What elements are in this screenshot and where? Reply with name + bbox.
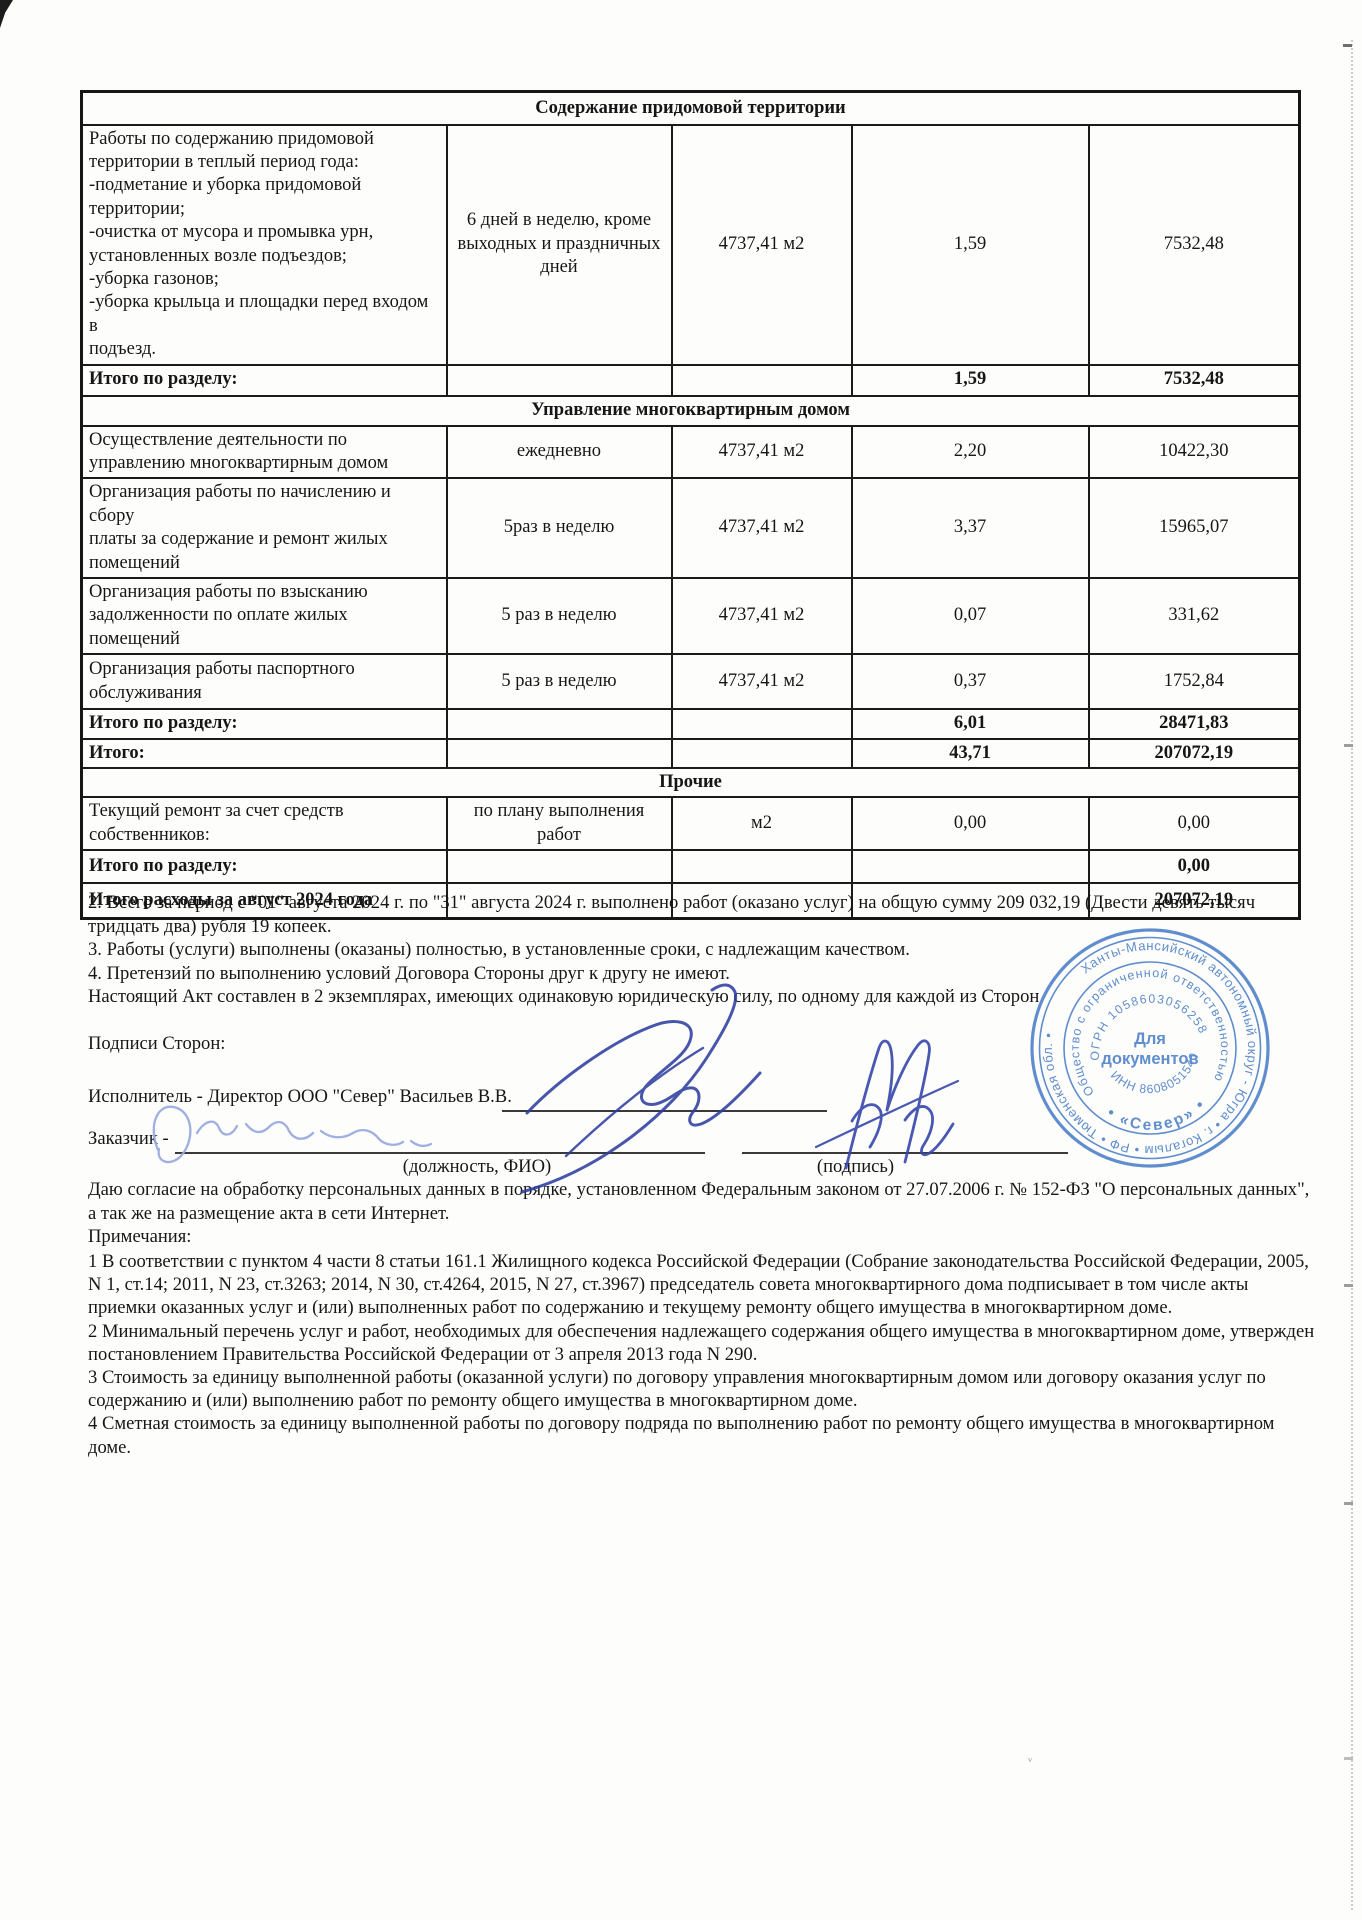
- cell-amount: 28471,83: [1089, 709, 1300, 738]
- caption-signature-label: (подпись): [783, 1156, 928, 1178]
- total-label: Итого:: [82, 739, 447, 768]
- executor-label: Исполнитель - Директор ООО "Север" Васил…: [88, 1086, 788, 1108]
- cell-description: Работы по содержанию придомовой территор…: [82, 125, 447, 365]
- cell-area: 4737,41 м2: [672, 426, 852, 479]
- cell-empty: [672, 365, 852, 396]
- cell-empty: [447, 739, 672, 768]
- consent-paragraph: Даю согласие на обработку персональных д…: [88, 1178, 1338, 1225]
- scan-tick: [1344, 1284, 1353, 1287]
- company-stamp: Ханты-Мансийский автономный округ - Югра…: [1025, 923, 1275, 1173]
- table-section-header: Содержание придомовой территории: [82, 92, 1300, 125]
- cell-amount: 0,00: [1089, 797, 1300, 850]
- table-row: Текущий ремонт за счет средств собственн…: [82, 797, 1300, 850]
- cell-description: Организация работы паспортного обслужива…: [82, 654, 447, 709]
- cell-empty: [672, 709, 852, 738]
- cell-amount: 207072,19: [1089, 739, 1300, 768]
- scan-corner-mark: [0, 0, 13, 28]
- cell-periodicity: 5 раз в неделю: [447, 578, 672, 654]
- cell-empty: [672, 850, 852, 883]
- customer-signature-line: [742, 1152, 1068, 1154]
- subtotal-label: Итого по разделу:: [82, 365, 447, 396]
- cell-price: 0,37: [852, 654, 1089, 709]
- cell-amount: 1752,84: [1089, 654, 1300, 709]
- cell-description: Текущий ремонт за счет средств собственн…: [82, 797, 447, 850]
- cell-periodicity: 5 раз в неделю: [447, 654, 672, 709]
- cell-price: 6,01: [852, 709, 1089, 738]
- cell-description: Организация работы по начислению и сбору…: [82, 478, 447, 578]
- cell-empty: [672, 739, 852, 768]
- cell-description: Осуществление деятельности по управлению…: [82, 426, 447, 479]
- customer-signature: [816, 1041, 958, 1168]
- section1-title: Содержание придомовой территории: [82, 92, 1300, 125]
- cell-amount: 10422,30: [1089, 426, 1300, 479]
- cell-empty: [447, 709, 672, 738]
- scan-tick: [1344, 1502, 1353, 1505]
- caption-position-label: (должность, ФИО): [372, 1156, 582, 1178]
- subtotal-row: Итого по разделу: 6,01 28471,83: [82, 709, 1300, 738]
- customer-name-line: [175, 1152, 705, 1154]
- table-row: Организация работы по начислению и сбору…: [82, 478, 1300, 578]
- cell-price: 0,00: [852, 797, 1089, 850]
- table-section-header: Управление многоквартирным домом: [82, 396, 1300, 426]
- cell-area: 4737,41 м2: [672, 578, 852, 654]
- cell-periodicity: 5раз в неделю: [447, 478, 672, 578]
- scan-tick: [1344, 744, 1353, 747]
- table-row: Организация работы по взысканию задолжен…: [82, 578, 1300, 654]
- scan-smudge: ᵥ: [1028, 1750, 1032, 1766]
- notes-paragraph: 1 В соответствии с пунктом 4 части 8 ста…: [88, 1250, 1338, 1459]
- subtotal-row: Итого по разделу: 0,00: [82, 850, 1300, 883]
- cell-periodicity: 6 дней в неделю, кроме выходных и праздн…: [447, 125, 672, 365]
- cell-amount: 0,00: [1089, 850, 1300, 883]
- subtotal-row: Итого по разделу: 1,59 7532,48: [82, 365, 1300, 396]
- cell-amount: 331,62: [1089, 578, 1300, 654]
- stamp-text: Ханты-Мансийский автономный округ - Югра…: [1040, 938, 1260, 1158]
- cell-empty: [447, 365, 672, 396]
- cell-amount: 7532,48: [1089, 365, 1300, 396]
- table-row: Работы по содержанию придомовой территор…: [82, 125, 1300, 365]
- customer-label: Заказчик -: [88, 1128, 288, 1150]
- total-row: Итого: 43,71 207072,19: [82, 739, 1300, 768]
- scanned-act-page: ᵥ Содержание придомовой территории Работ…: [0, 0, 1362, 1920]
- subtotal-label: Итого по разделу:: [82, 709, 447, 738]
- cell-area: 4737,41 м2: [672, 125, 852, 365]
- cell-area: м2: [672, 797, 852, 850]
- cell-price: 1,59: [852, 125, 1089, 365]
- cell-empty: [852, 850, 1089, 883]
- table-row: Организация работы паспортного обслужива…: [82, 654, 1300, 709]
- cell-price: 3,37: [852, 478, 1089, 578]
- cell-area: 4737,41 м2: [672, 654, 852, 709]
- scan-tick: [1344, 1757, 1353, 1760]
- cell-description: Организация работы по взысканию задолжен…: [82, 578, 447, 654]
- cell-price: 43,71: [852, 739, 1089, 768]
- executor-signature-line: [502, 1110, 827, 1112]
- works-table: Содержание придомовой территории Работы …: [80, 90, 1301, 920]
- cell-periodicity: ежедневно: [447, 426, 672, 479]
- cell-empty: [447, 850, 672, 883]
- stamp-purpose-line2: документов: [1101, 1050, 1198, 1068]
- cell-area: 4737,41 м2: [672, 478, 852, 578]
- scan-tick: [1343, 44, 1352, 47]
- table-section-header: Прочие: [82, 768, 1300, 797]
- table-row: Осуществление деятельности по управлению…: [82, 426, 1300, 479]
- scan-edge-line: [1351, 40, 1353, 1910]
- cell-amount: 15965,07: [1089, 478, 1300, 578]
- cell-price: 2,20: [852, 426, 1089, 479]
- section2-title: Управление многоквартирным домом: [82, 396, 1300, 426]
- stamp-purpose-line1: Для: [1134, 1030, 1166, 1048]
- cell-amount: 7532,48: [1089, 125, 1300, 365]
- cell-price: 1,59: [852, 365, 1089, 396]
- cell-periodicity: по плану выполнения работ: [447, 797, 672, 850]
- notes-title: Примечания:: [88, 1226, 1338, 1248]
- cell-price: 0,07: [852, 578, 1089, 654]
- subtotal-label: Итого по разделу:: [82, 850, 447, 883]
- section3-title: Прочие: [82, 768, 1300, 797]
